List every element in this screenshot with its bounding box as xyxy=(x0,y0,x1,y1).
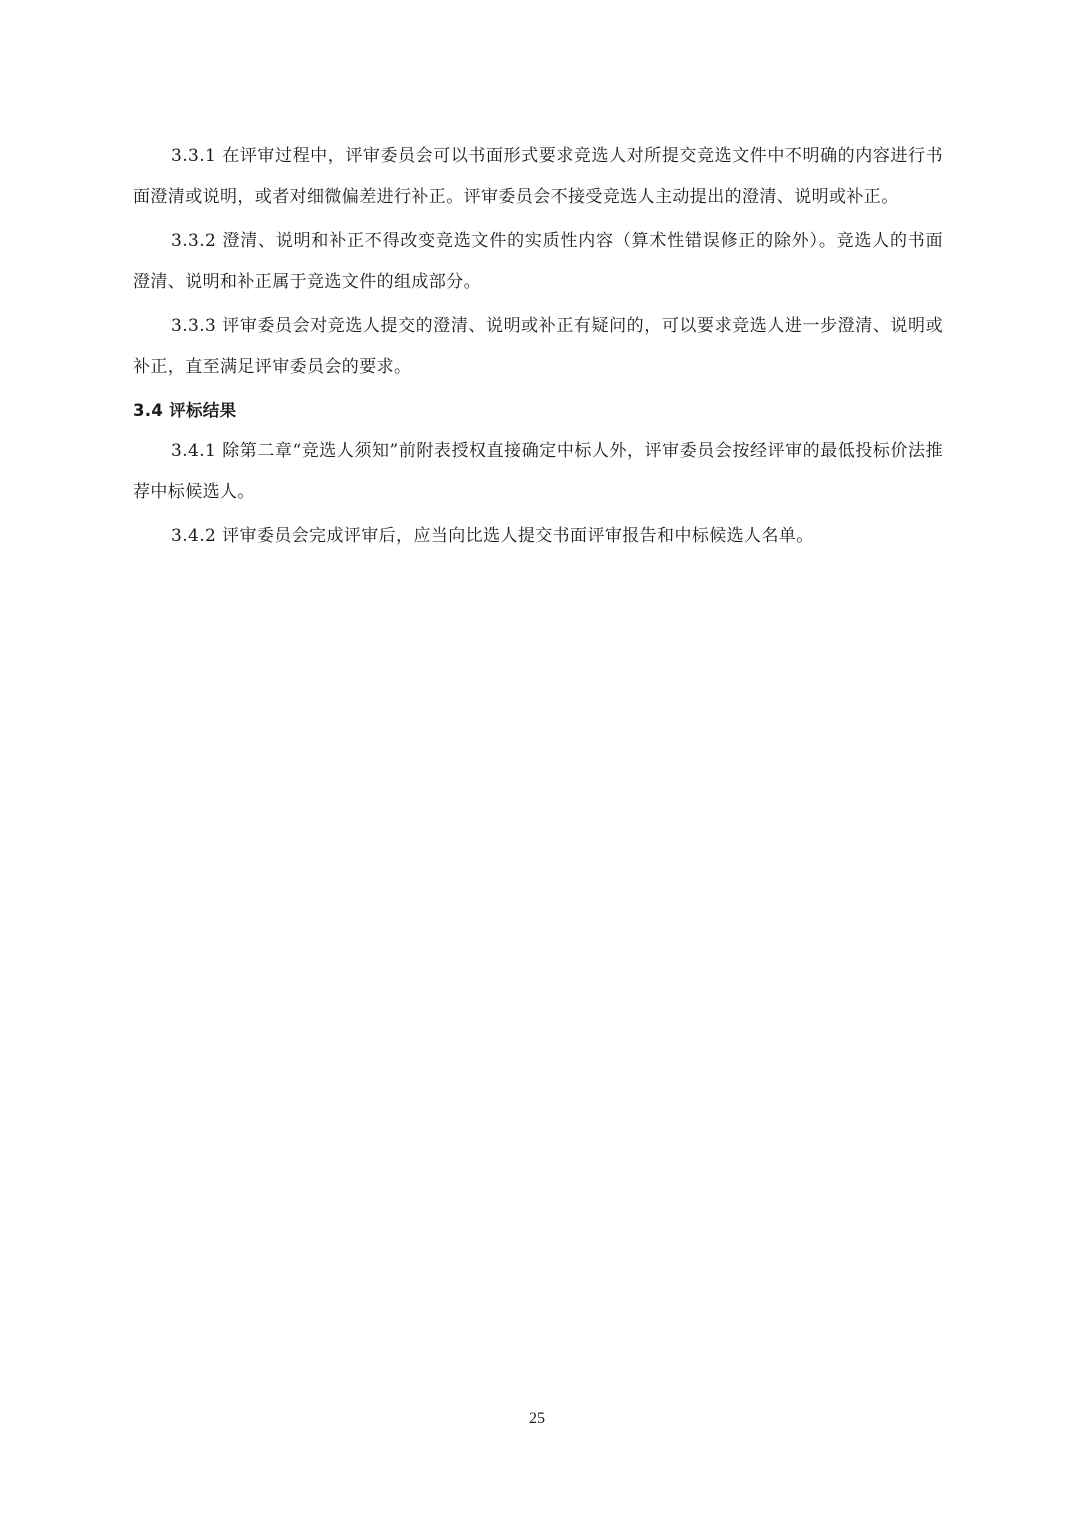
document-page: 3.3.1 在评审过程中，评审委员会可以书面形式要求竞选人对所提交竞选文件中不明… xyxy=(0,0,1074,1520)
clause-3-4-1: 3.4.1 除第二章“竞选人须知”前附表授权直接确定中标人外，评审委员会按经评审… xyxy=(133,431,943,513)
clause-3-3-2: 3.3.2 澄清、说明和补正不得改变竞选文件的实质性内容（算术性错误修正的除外）… xyxy=(133,221,943,303)
page-number: 25 xyxy=(0,1410,1074,1428)
clause-3-4-2: 3.4.2 评审委员会完成评审后，应当向比选人提交书面评审报告和中标候选人名单。 xyxy=(133,516,943,557)
page-content: 3.3.1 在评审过程中，评审委员会可以书面形式要求竞选人对所提交竞选文件中不明… xyxy=(133,136,943,560)
clause-3-3-3: 3.3.3 评审委员会对竞选人提交的澄清、说明或补正有疑问的，可以要求竞选人进一… xyxy=(133,306,943,388)
section-heading-3-4: 3.4 评标结果 xyxy=(133,391,943,431)
clause-3-3-1: 3.3.1 在评审过程中，评审委员会可以书面形式要求竞选人对所提交竞选文件中不明… xyxy=(133,136,943,218)
